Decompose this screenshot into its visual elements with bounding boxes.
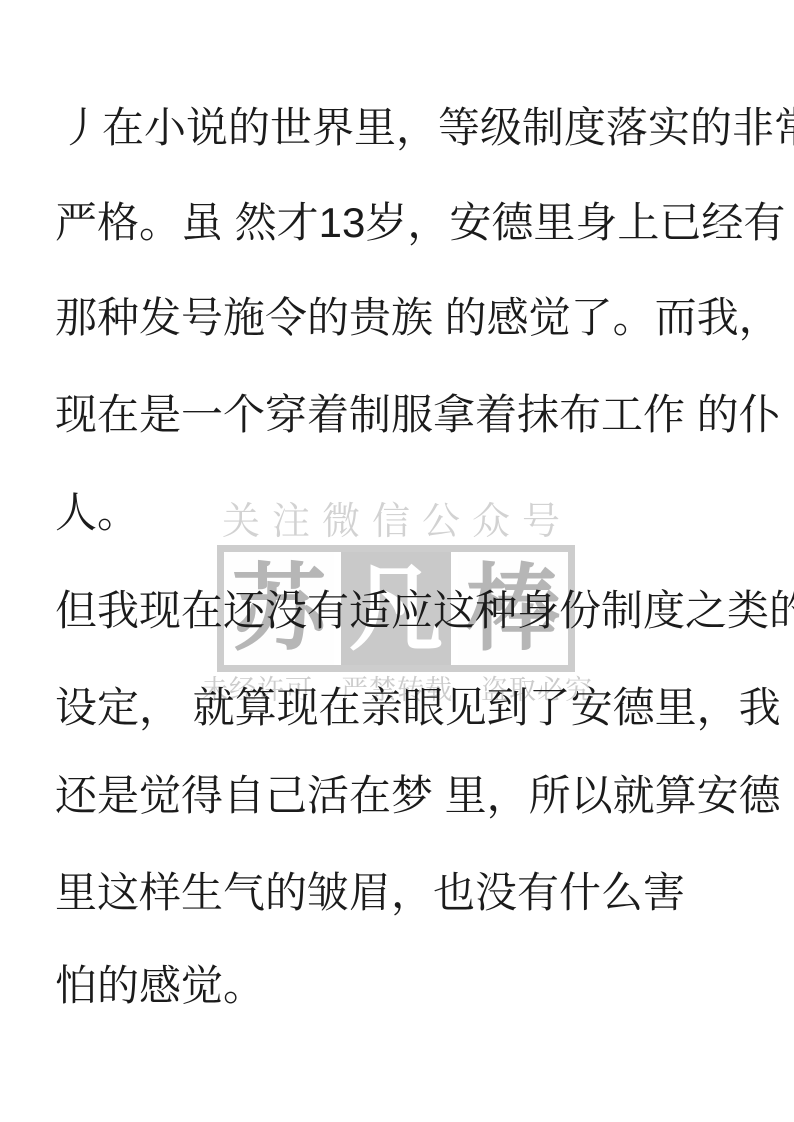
paragraph-line: 现在是一个穿着制服拿着抹布工作 的仆 (55, 390, 774, 440)
document-page: 关注微信公众号 苏 凡 棒 未经许可 严禁转载 盗取必究 丿在小说的世界里，等级… (0, 0, 794, 1122)
paragraph-line: 设定， 就算现在亲眼见到了安德里，我 (55, 683, 774, 733)
paragraph-line: 怕的感觉。 (55, 961, 774, 1011)
paragraph-line: 里这样生气的皱眉，也没有什么害 (55, 868, 774, 918)
paragraph-line: 还是觉得自己活在梦 里，所以就算安德 (55, 771, 774, 821)
paragraph-text: 丿在小说的世界里，等级制度落实的非常 严格。虽 然才13岁，安德里身上已经有 那… (0, 0, 794, 1122)
paragraph-line: 丿在小说的世界里，等级制度落实的非常 (60, 103, 774, 153)
paragraph-line: 严格。虽 然才13岁，安德里身上已经有 (55, 198, 774, 248)
paragraph-line: 那种发号施令的贵族 的感觉了。而我， (55, 293, 774, 343)
paragraph-line: 但我现在还没有适应这种身份制度之类的 (55, 586, 774, 636)
paragraph-line: 人。 (55, 488, 774, 538)
